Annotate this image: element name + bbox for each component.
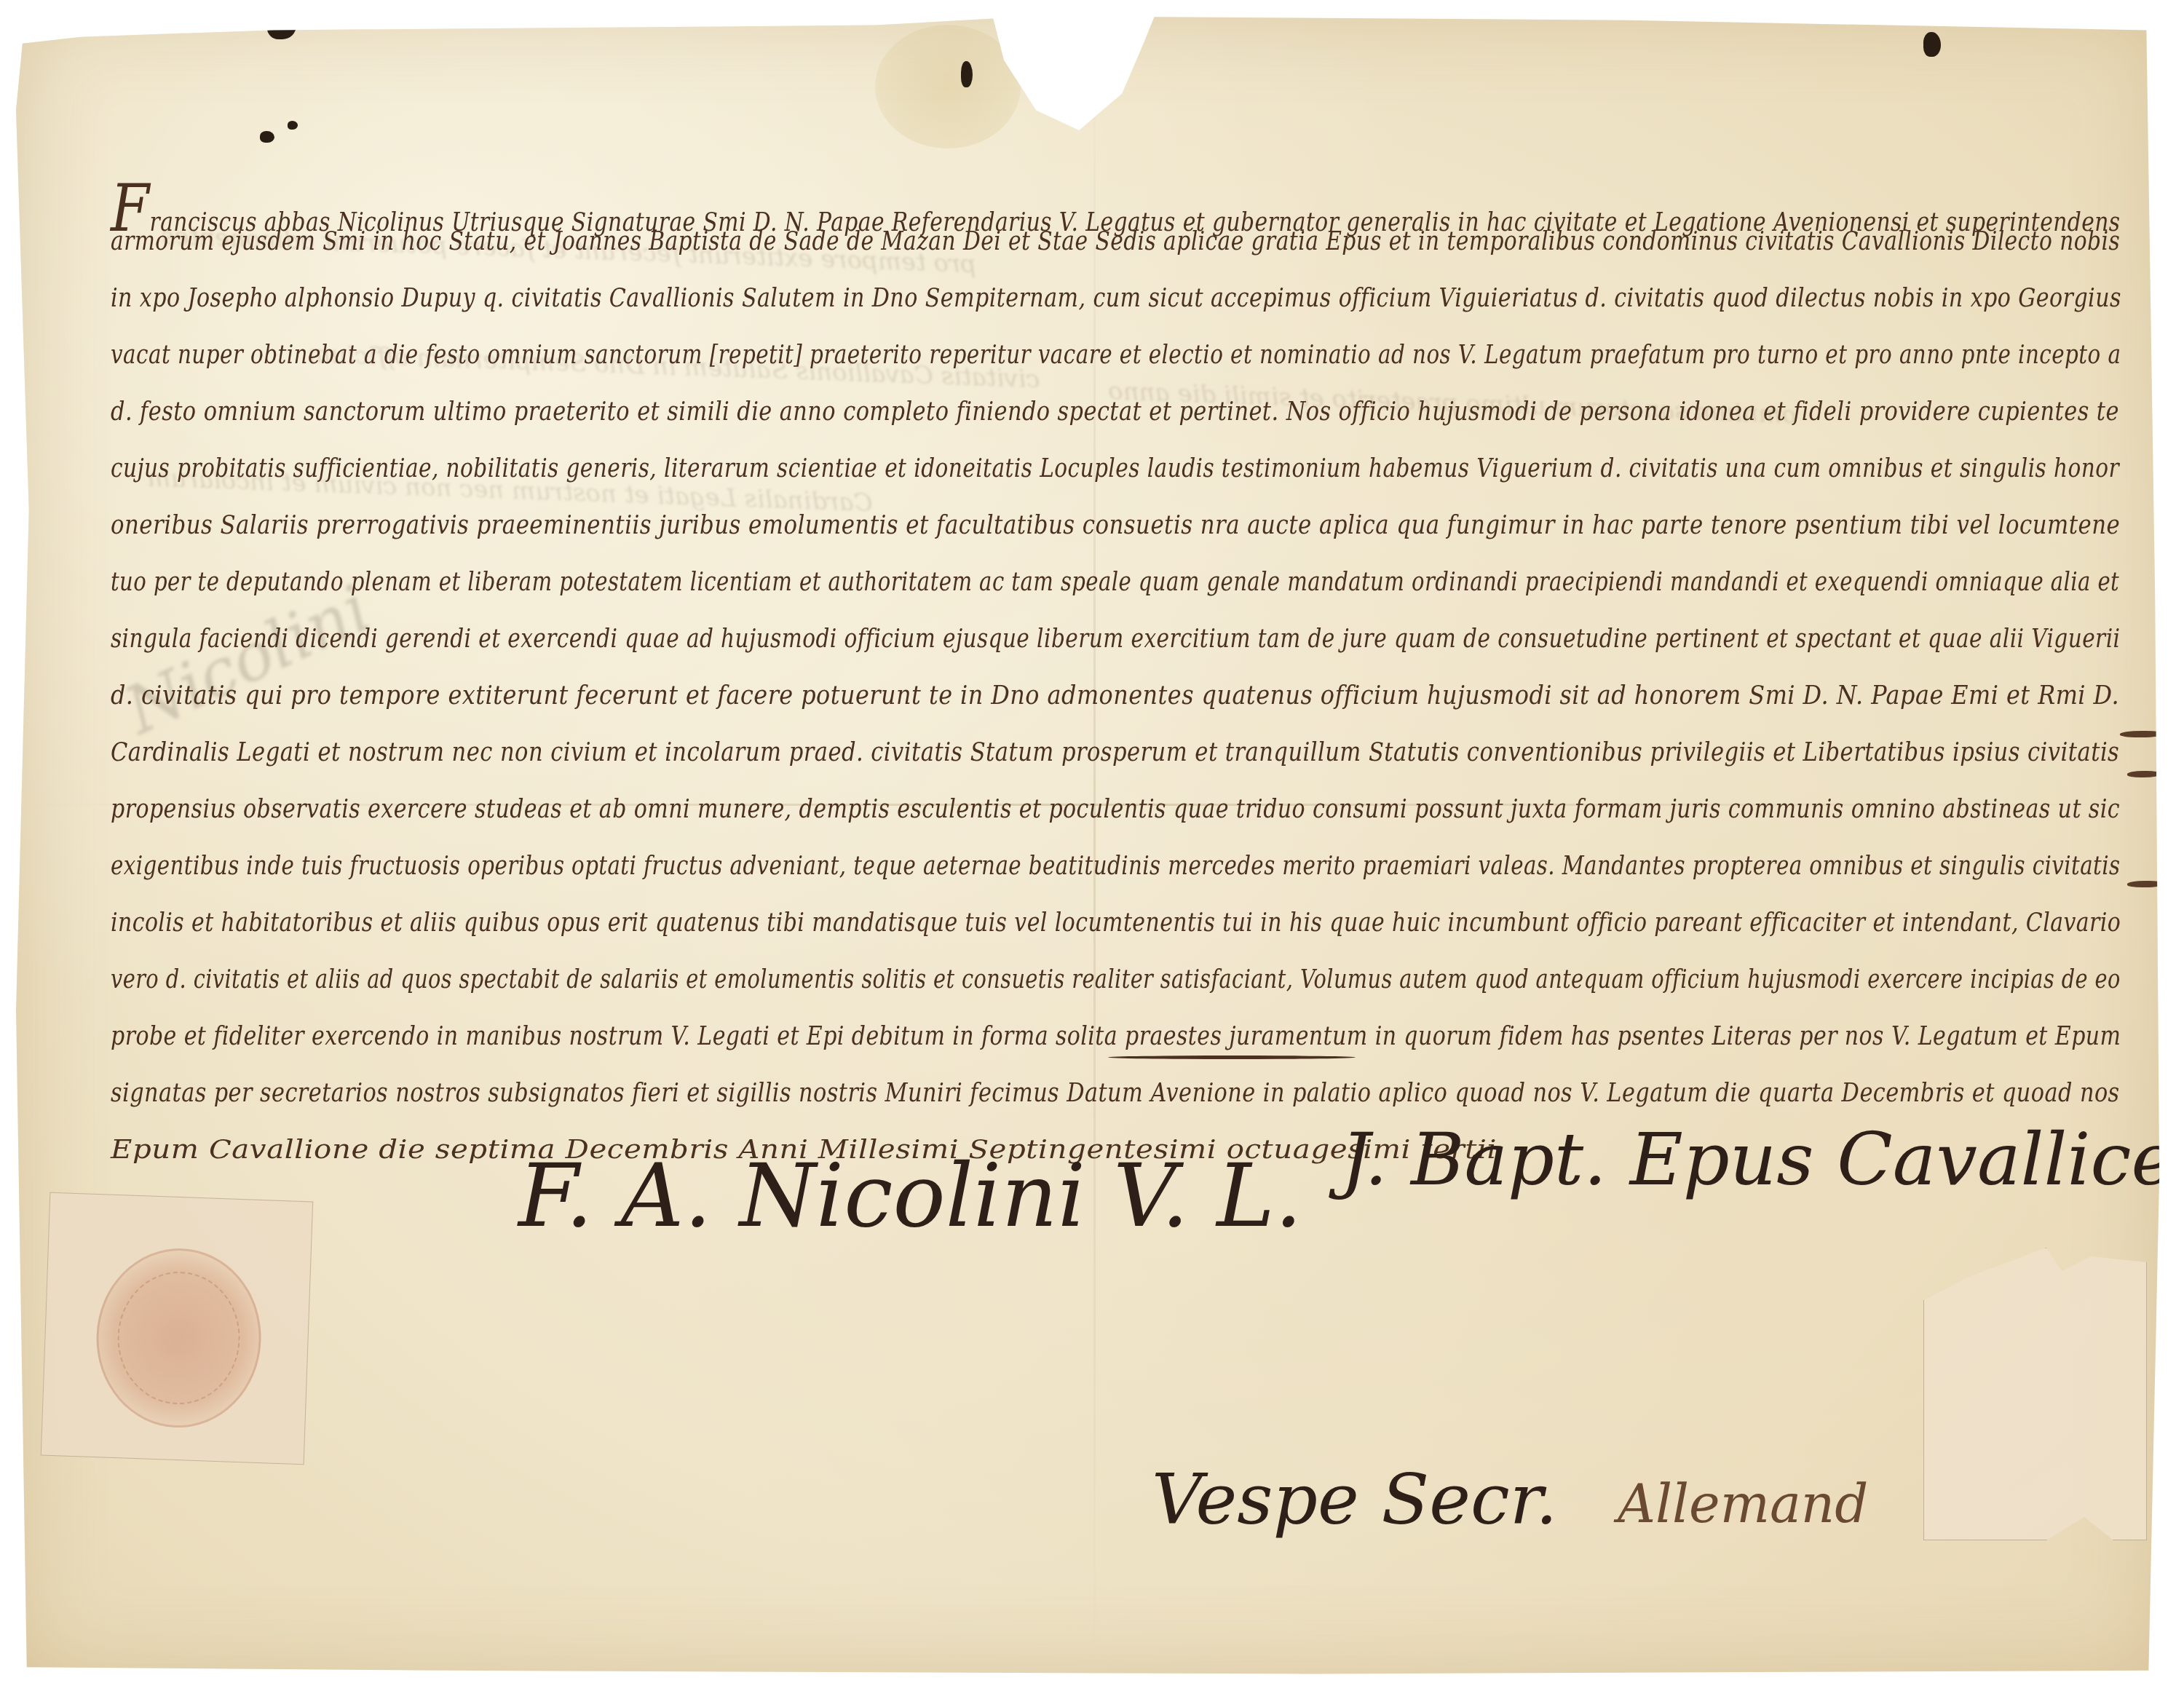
signature-vice-legate: F. A. Nicolini V. L. bbox=[518, 1146, 1302, 1247]
text-line: exigentibus inde tuis fructuosis operibu… bbox=[111, 852, 2121, 881]
water-stain bbox=[875, 25, 1021, 148]
seal-inner-ring bbox=[116, 1270, 242, 1406]
vertical-fold-crease bbox=[1093, 10, 1096, 1677]
bleed-through-signature: Nicolini bbox=[114, 571, 381, 750]
text-line: armorum ejusdem Smi in hoc Statu, et Joa… bbox=[111, 227, 2120, 256]
folded-paper-seal bbox=[1923, 1248, 2147, 1540]
text-line: singula faciendi dicendi gerendi et exer… bbox=[111, 625, 2120, 654]
text-line: incolis et habitatoribus et aliis quibus… bbox=[111, 908, 2121, 938]
closing-flourish-line bbox=[1108, 1056, 1356, 1059]
text-line: oneribus Salariis prerrogativis praeemin… bbox=[111, 511, 2120, 540]
ink-blot bbox=[260, 131, 274, 143]
text-line: d. civitatis qui pro tempore extiterunt … bbox=[111, 681, 2119, 710]
signature-bishop: J. Bapt. Epus Cavallicen. bbox=[1341, 1117, 2184, 1202]
seal-paper-cover bbox=[41, 1192, 313, 1465]
text-line: in xpo Josepho alphonsio Dupuy q. civita… bbox=[111, 284, 2121, 313]
text-line: signatas per secretarios nostros subsign… bbox=[111, 1079, 2120, 1108]
text-line: Cardinalis Legati et nostrum nec non civ… bbox=[111, 738, 2119, 767]
ink-blot bbox=[961, 61, 973, 87]
text-line: probe et fideliter exercendo in manibus … bbox=[111, 1022, 2121, 1051]
signature-secretary: Vespe Secr. bbox=[1152, 1459, 1558, 1540]
wax-seal-imprint bbox=[93, 1246, 264, 1430]
signature-secretary-2: Allemand bbox=[1618, 1473, 1868, 1534]
ink-blot bbox=[288, 121, 298, 130]
text-line: propensius observatis exercere studeas e… bbox=[111, 795, 2120, 824]
ink-blot bbox=[267, 10, 296, 39]
text-line: d. festo omnium sanctorum ultimo praeter… bbox=[111, 397, 2119, 427]
text-line: cujus probitatis sufficientiae, nobilita… bbox=[111, 454, 2119, 483]
text-line: vero d. civitatis et aliis ad quos spect… bbox=[111, 965, 2121, 994]
text-line: vacat nuper obtinebat a die festo omnium… bbox=[111, 341, 2121, 370]
line-end-dash bbox=[2127, 771, 2160, 777]
line-end-dash bbox=[2120, 731, 2164, 737]
manuscript-sheet: pro tempore extiterunt fecerunt et facer… bbox=[16, 10, 2164, 1677]
ink-blot bbox=[1923, 32, 1941, 57]
text-line: tuo per te deputando plenam et liberam p… bbox=[111, 568, 2119, 597]
line-end-dash bbox=[2127, 881, 2164, 887]
